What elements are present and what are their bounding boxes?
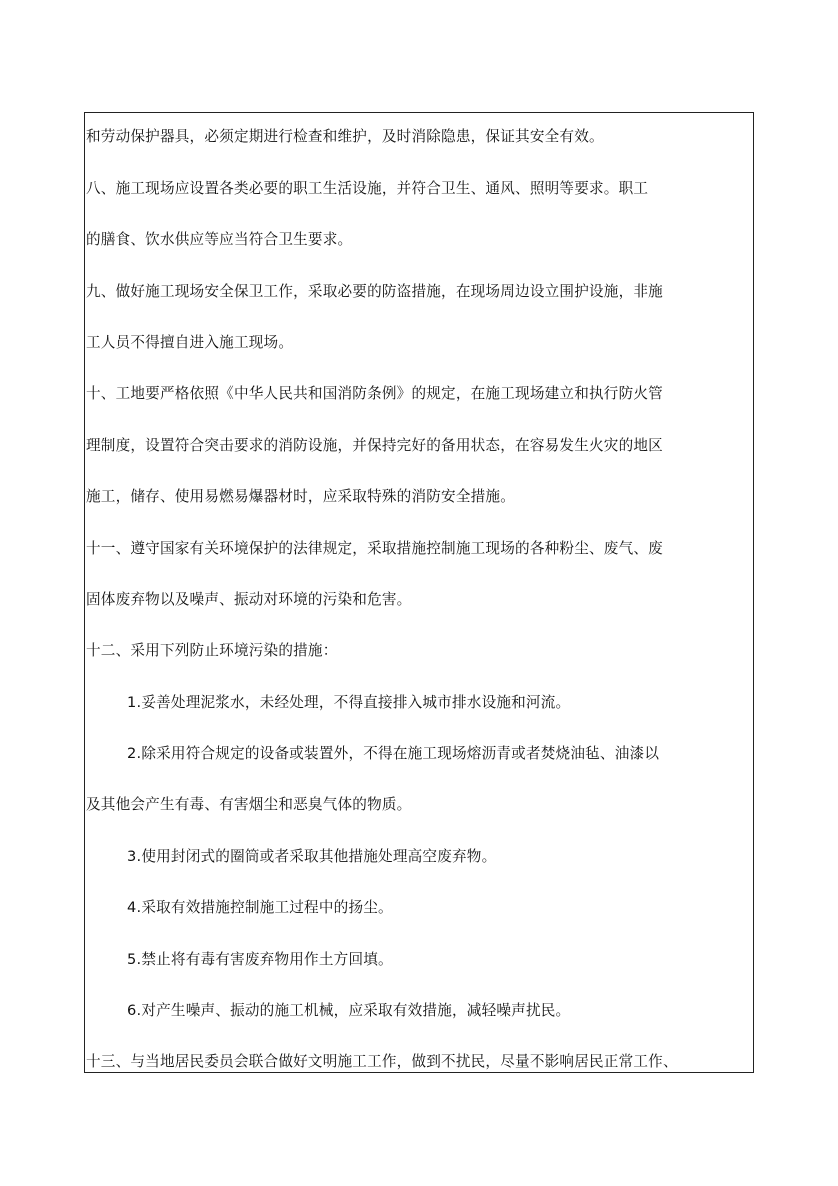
list-item: 6.对产生噪声、振动的施工机械，应采取有效措施，减轻噪声扰民。 xyxy=(127,1001,570,1021)
text-line: 的膳食、饮水供应等应当符合卫生要求。 xyxy=(86,230,352,250)
text-line: 和劳动保护器具，必须定期进行检查和维护，及时消除隐患，保证其安全有效。 xyxy=(86,127,604,147)
list-item: 1.妥善处理泥浆水，未经处理，不得直接排入城市排水设施和河流。 xyxy=(127,693,570,713)
text-line: 十、工地要严格依照《中华人民共和国消防条例》的规定，在施工现场建立和执行防火管 xyxy=(86,384,663,404)
text-line: 及其他会产生有毒、有害烟尘和恶臭气体的物质。 xyxy=(86,795,411,815)
list-item: 3.使用封闭式的圈筒或者采取其他措施处理高空废弃物。 xyxy=(127,847,496,867)
document-frame: 和劳动保护器具，必须定期进行检查和维护，及时消除隐患，保证其安全有效。 八、施工… xyxy=(84,112,754,1073)
text-line: 工人员不得擅自进入施工现场。 xyxy=(86,333,293,353)
text-line: 十二、采用下列防止环境污染的措施： xyxy=(86,641,338,661)
text-line: 八、施工现场应设置各类必要的职工生活设施，并符合卫生、通风、照明等要求。职工 xyxy=(86,179,648,199)
text-line: 十一、遵守国家有关环境保护的法律规定，采取措施控制施工现场的各种粉尘、废气、废 xyxy=(86,539,663,559)
text-line: 理制度，设置符合突击要求的消防设施，并保持完好的备用状态，在容易发生火灾的地区 xyxy=(86,436,663,456)
text-line: 施工，储存、使用易燃易爆器材时，应采取特殊的消防安全措施。 xyxy=(86,487,515,507)
list-item: 2.除采用符合规定的设备或装置外，不得在施工现场熔沥青或者焚烧油毡、油漆以 xyxy=(127,744,659,764)
text-line: 九、做好施工现场安全保卫工作，采取必要的防盗措施，在现场周边设立围护设施，非施 xyxy=(86,282,663,302)
list-item: 4.采取有效措施控制施工过程中的扬尘。 xyxy=(127,898,393,918)
text-line: 固体废弃物以及噪声、振动对环境的污染和危害。 xyxy=(86,590,411,610)
list-item: 5.禁止将有毒有害废弃物用作土方回填。 xyxy=(127,950,393,970)
text-line: 十三、与当地居民委员会联合做好文明施工工作，做到不扰民，尽量不影响居民正常工作、 xyxy=(86,1052,678,1072)
